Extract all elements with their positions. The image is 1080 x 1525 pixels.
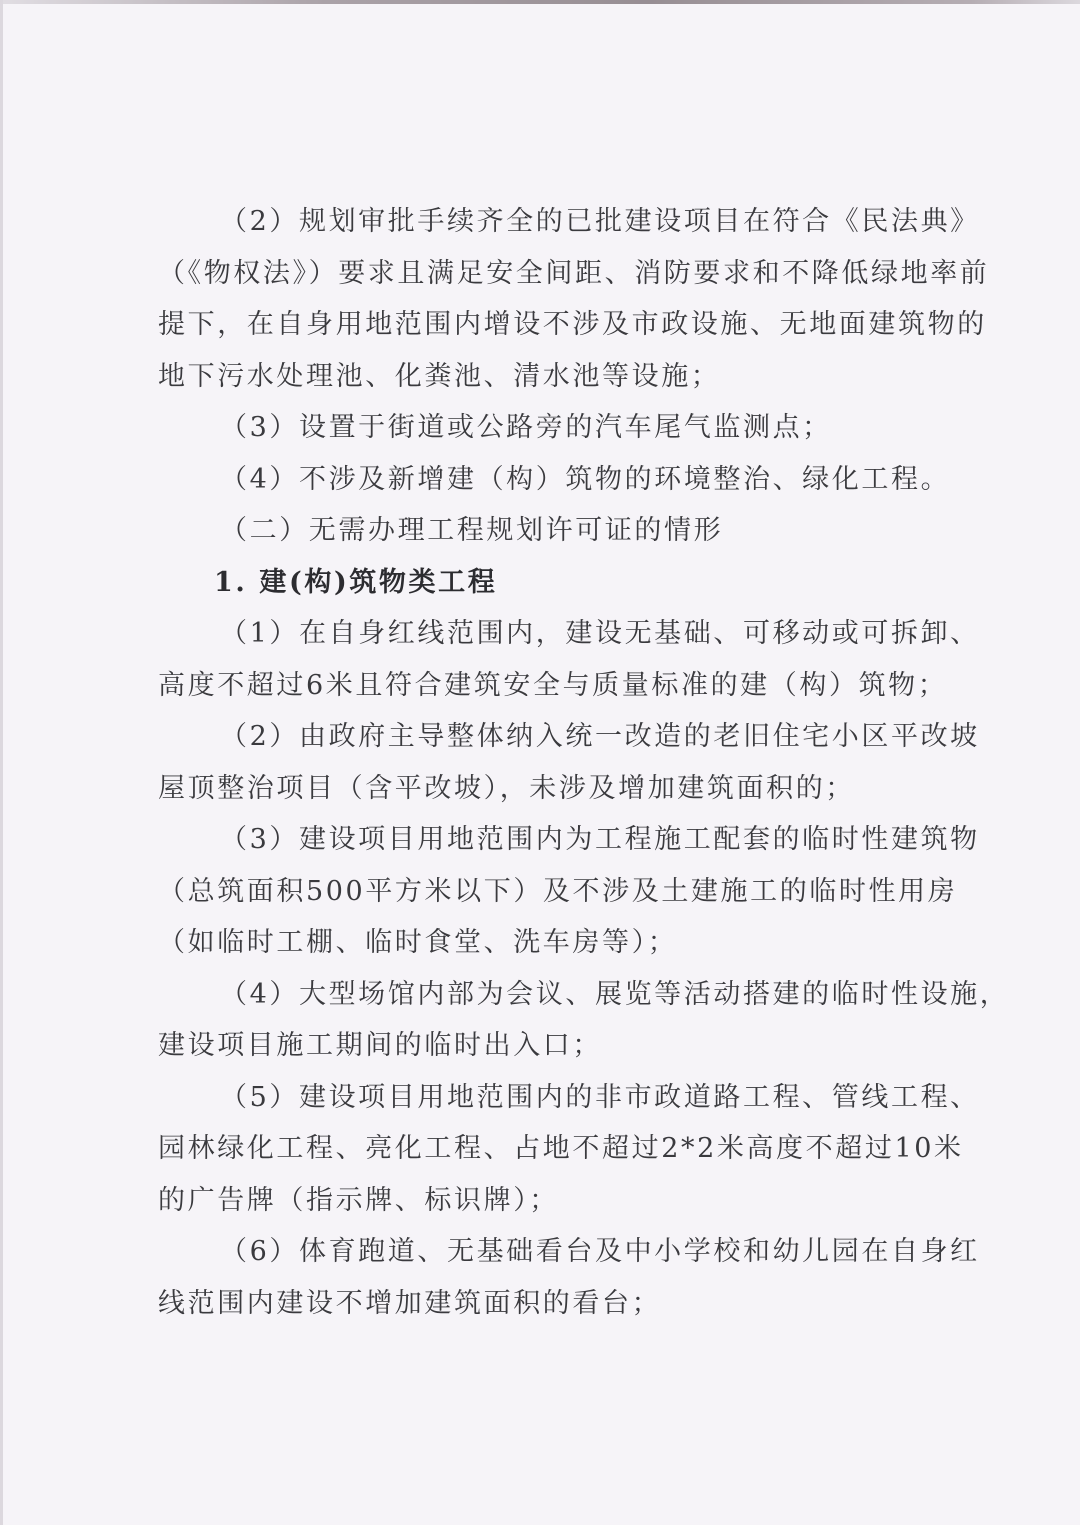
text-line: 提下，在自身用地范围内增设不涉及市政设施、无地面建筑物的	[158, 299, 958, 351]
paragraph-sports-tracks-stands: （6）体育跑道、无基础看台及中小学校和幼儿园在自身红 线范围内建设不增加建筑面积…	[158, 1226, 958, 1329]
text-line: 屋顶整治项目（含平改坡），未涉及增加建筑面积的；	[158, 763, 958, 815]
text-line: （总筑面积500平方米以下）及不涉及土建施工的临时性用房	[158, 866, 958, 918]
text-line: （4）大型场馆内部为会议、展览等活动搭建的临时性设施，	[158, 969, 958, 1021]
text-line: （4）不涉及新增建（构）筑物的环境整治、绿化工程。	[158, 454, 958, 506]
text-line: （5）建设项目用地范围内的非市政道路工程、管线工程、	[158, 1072, 958, 1124]
text-line: （3）建设项目用地范围内为工程施工配套的临时性建筑物	[158, 814, 958, 866]
text-line: （2）由政府主导整体纳入统一改造的老旧住宅小区平改坡	[158, 711, 958, 763]
text-line: （1）在自身红线范围内，建设无基础、可移动或可拆卸、	[158, 608, 958, 660]
paragraph-approved-projects-facilities: （2）规划审批手续齐全的已批建设项目在符合《民法典》 （《物权法》）要求且满足安…	[158, 196, 958, 402]
text-line: 高度不超过6米且符合建筑安全与质量标准的建（构）筑物；	[158, 660, 958, 712]
text-line: 地下污水处理池、化粪池、清水池等设施；	[158, 351, 958, 403]
subsection-heading: 1. 建(构)筑物类工程	[158, 557, 958, 609]
text-line: （《物权法》）要求且满足安全间距、消防要求和不降低绿地率前	[158, 248, 958, 300]
scan-edge-top	[0, 0, 1080, 4]
paragraph-environment-greening: （4）不涉及新增建（构）筑物的环境整治、绿化工程。	[158, 454, 958, 506]
text-line: （3）设置于街道或公路旁的汽车尾气监测点；	[158, 402, 958, 454]
text-line: （6）体育跑道、无基础看台及中小学校和幼儿园在自身红	[158, 1226, 958, 1278]
paragraph-venue-temporary-facilities: （4）大型场馆内部为会议、展览等活动搭建的临时性设施， 建设项目施工期间的临时出…	[158, 969, 958, 1072]
text-line: （2）规划审批手续齐全的已批建设项目在符合《民法典》	[158, 196, 958, 248]
paragraph-exhaust-monitoring: （3）设置于街道或公路旁的汽车尾气监测点；	[158, 402, 958, 454]
document-page: （2）规划审批手续齐全的已批建设项目在符合《民法典》 （《物权法》）要求且满足安…	[158, 196, 958, 1329]
text-line: （如临时工棚、临时食堂、洗车房等）；	[158, 917, 958, 969]
subsection-heading-buildings: 1. 建(构)筑物类工程	[158, 557, 958, 609]
text-line: 线范围内建设不增加建筑面积的看台；	[158, 1278, 958, 1330]
paragraph-temporary-buildings: （3）建设项目用地范围内为工程施工配套的临时性建筑物 （总筑面积500平方米以下…	[158, 814, 958, 969]
scan-edge-left	[0, 0, 3, 1525]
text-line: 建设项目施工期间的临时出入口；	[158, 1020, 958, 1072]
paragraph-movable-structures: （1）在自身红线范围内，建设无基础、可移动或可拆卸、 高度不超过6米且符合建筑安…	[158, 608, 958, 711]
paragraph-roof-renovation: （2）由政府主导整体纳入统一改造的老旧住宅小区平改坡 屋顶整治项目（含平改坡），…	[158, 711, 958, 814]
section-heading-no-permit-required: （二）无需办理工程规划许可证的情形	[158, 505, 958, 557]
section-heading: （二）无需办理工程规划许可证的情形	[158, 505, 958, 557]
paragraph-roads-pipelines-signs: （5）建设项目用地范围内的非市政道路工程、管线工程、 园林绿化工程、亮化工程、占…	[158, 1072, 958, 1227]
text-line: 园林绿化工程、亮化工程、占地不超过2*2米高度不超过10米	[158, 1123, 958, 1175]
text-line: 的广告牌（指示牌、标识牌）；	[158, 1175, 958, 1227]
